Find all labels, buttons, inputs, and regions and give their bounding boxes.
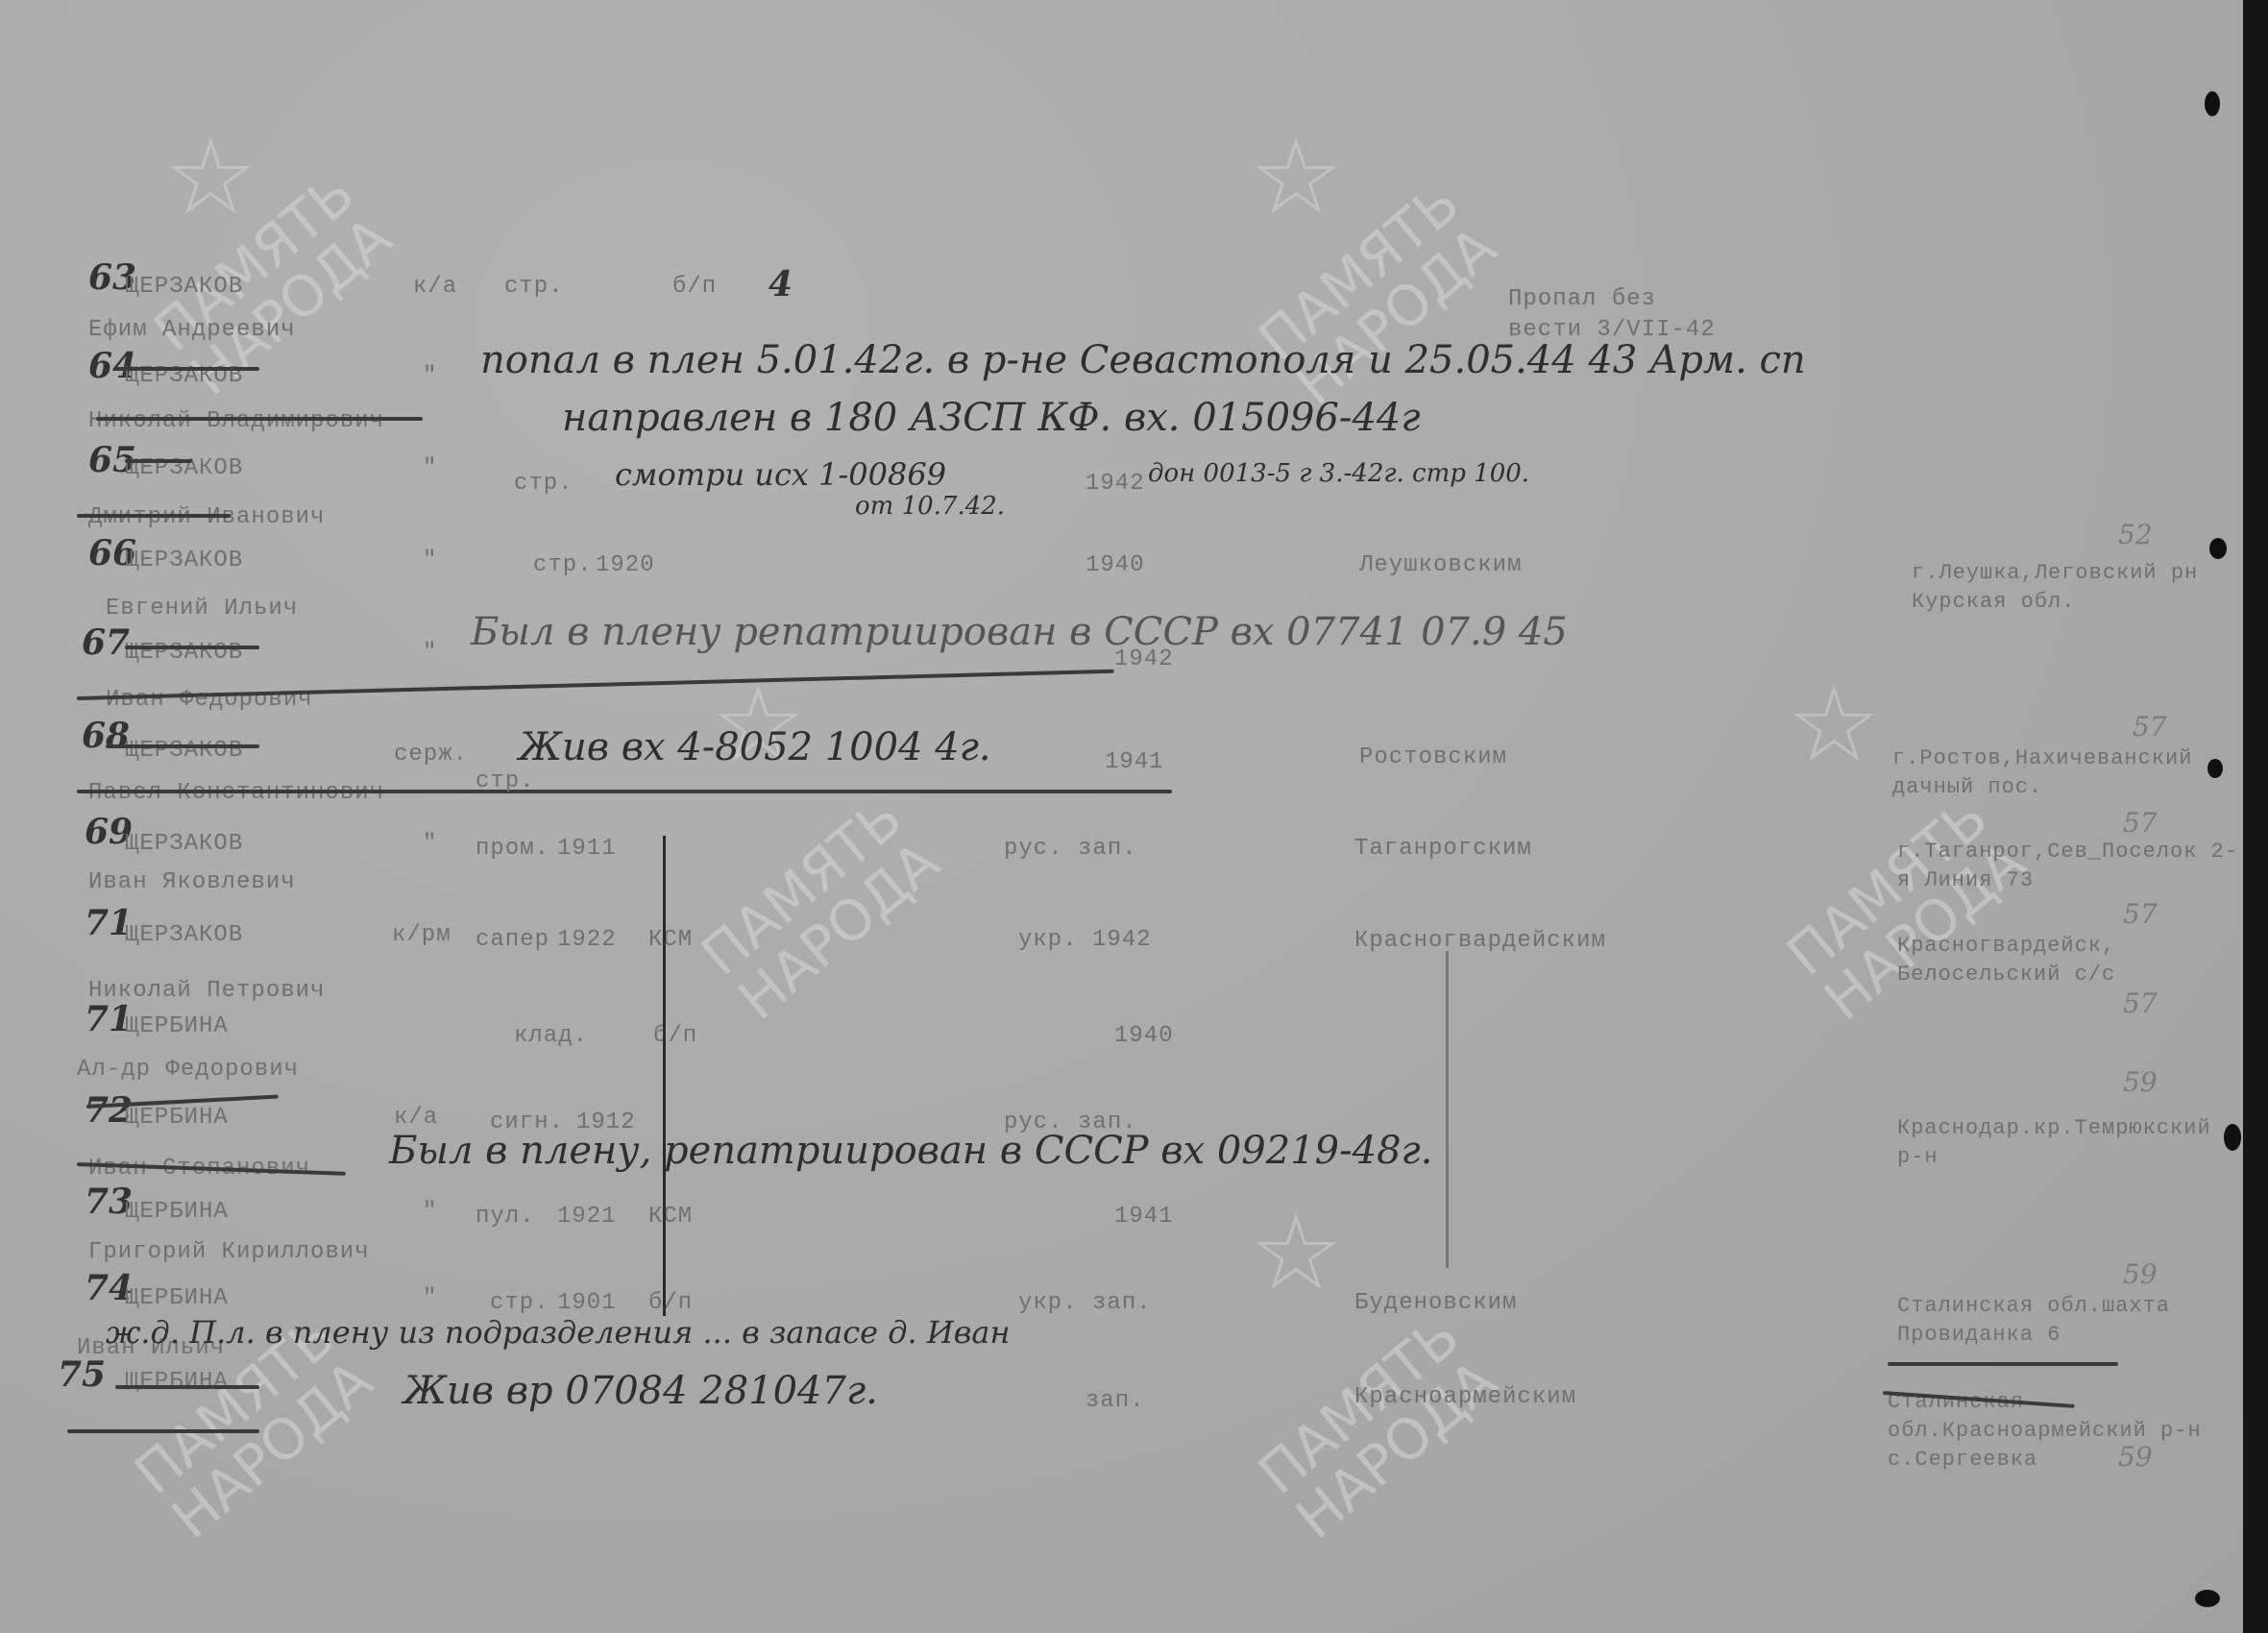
row-surname: ЩЕРЗАКОВ [125,548,243,573]
row-born: 1920 [596,552,655,578]
row-role: стр. [504,274,564,300]
page-number: 59 [2118,1441,2153,1473]
punch-hole [2195,1590,2220,1607]
row-surname: ЩЕРБИНА [125,1105,229,1131]
handwritten-note: ж.д. П.л. в плену из подразделения ... в… [106,1314,1011,1351]
row-year: 1942 [1085,471,1145,497]
row-role: клад. [514,1023,588,1049]
row-address: Сталинская обл.шахта Провиданка 6 [1897,1292,2214,1350]
handwritten-note: Был в плену репатриирован в СССР вх 0774… [471,610,1568,654]
page-number: 59 [2123,1066,2158,1098]
handwritten-note: смотри исх 1-00869 [615,456,946,493]
row-ditto: " [423,1285,437,1311]
row-district: Таганрогским [1354,836,1532,862]
strikethrough [125,459,192,463]
page-number: 57 [2123,807,2158,839]
page-number: 59 [2123,1258,2158,1290]
row-number: 67 [82,622,130,663]
row-rank: к/а [394,1105,438,1131]
strikethrough [106,744,259,748]
row-born: 1922 [557,927,617,953]
row-rank: к/а [413,274,457,300]
pencil-line [1446,951,1449,1268]
row-district: Красноармейским [1354,1383,1499,1412]
row-party: б/п [672,274,717,300]
row-rank: к/рм [392,922,451,948]
row-given-name: Евгений Ильич [106,596,298,622]
strikethrough [77,790,1172,793]
page-number: 57 [2123,898,2158,930]
punch-hole [2205,91,2220,116]
row-year: укр. зап. [1018,1290,1152,1316]
row-year: рус. зап. [1004,836,1137,862]
punch-hole [2209,538,2227,559]
row-role: пул. [476,1204,535,1230]
scan-edge [2243,0,2268,1633]
row-address: г.Леушка,Леговский рн Курская обл. [1912,559,2238,617]
row-surname: ЩЕРЗАКОВ [125,274,243,300]
row-year: укр. 1942 [1018,927,1152,953]
row-number: 75 [58,1354,106,1395]
row-role: стр. [476,768,535,794]
row-role: сапер [476,927,549,953]
strikethrough [77,670,1114,700]
row-role: стр. [533,552,593,578]
row-given-name: Ефим Андреевич [88,317,296,343]
watermark-text: ПАМЯТЬНАРОДА [1249,1306,1506,1548]
punch-hole [2224,1124,2241,1151]
handwritten-note: Жив вр 07084 281047г. [403,1369,878,1413]
row-role: пром. [476,836,549,862]
row-district: Ростовским [1359,744,1507,770]
handwritten-note: направлен в 180 АЗСП КФ. вх. 015096-44г [562,396,1421,440]
page-number: 52 [2118,519,2153,550]
row-mark: 4 [768,264,793,305]
row-surname: ЩЕРБИНА [125,1013,229,1039]
watermark-star-icon: ☆ [1249,115,1344,238]
handwritten-note: Был в плену, репатриирован в СССР вх 092… [389,1129,1432,1173]
row-surname: ЩЕРЗАКОВ [125,922,243,948]
strikethrough [77,514,231,518]
row-surname: ЩЕРБИНА [125,1285,229,1311]
row-party: б/п [648,1290,693,1316]
missing-note-line1: Пропал без [1508,286,1656,312]
page-number: 57 [2133,711,2167,743]
row-year: 1940 [1114,1023,1174,1049]
row-address: Сталинская обл.Красноармейский р-н с.Сер… [1888,1388,2243,1475]
punch-hole [2207,759,2223,778]
row-year: 1941 [1105,749,1164,775]
strikethrough [67,1429,259,1433]
row-ditto: " [423,363,437,389]
row-rank: серж. [394,742,468,768]
row-ditto: " [423,640,437,666]
watermark-star-icon: ☆ [1787,663,1882,786]
row-address: Красногвардейск, Белосельский с/с [1897,932,2243,989]
handwritten-note: Жив вх 4-8052 1004 4г. [519,725,991,769]
row-ditto: " [423,455,437,481]
row-given-name: Ал-др Федорович [77,1057,299,1083]
row-year: 1941 [1114,1204,1174,1230]
strikethrough [115,367,259,371]
row-ditto: " [423,548,437,573]
row-year: 1942 [1114,646,1174,672]
watermark-text: ПАМЯТЬНАРОДА [692,788,949,1030]
document-page: ☆ ПАМЯТЬНАРОДА ☆ ПАМЯТЬНАРОДА ☆ ПАМЯТЬНА… [0,0,2243,1633]
handwritten-note: попал в плен 5.01.42г. в р-не Севастопол… [480,338,1806,382]
row-address: Краснодар.кр.Темрюкский р-н [1897,1114,2243,1172]
row-born: 1901 [557,1290,617,1316]
strikethrough [1888,1362,2118,1366]
row-district: Буденовским [1354,1290,1517,1316]
row-year: 1940 [1085,552,1145,578]
row-surname: ЩЕРБИНА [125,1369,229,1395]
row-party: б/п [653,1023,697,1049]
handwritten-note: от 10.7.42. [855,492,1005,521]
strikethrough [115,1385,259,1389]
row-surname: ЩЕРБИНА [125,1199,229,1225]
row-number: 68 [82,716,130,756]
row-district: Леушковским [1359,552,1522,578]
row-role: стр. [514,471,573,497]
row-surname: ЩЕРЗАКОВ [125,831,243,857]
row-role: стр. [490,1290,549,1316]
row-ditto: " [423,1199,437,1225]
watermark-text: ПАМЯТЬНАРОДА [1777,788,2035,1030]
row-year: зап. [1085,1388,1145,1414]
row-district: Красногвардейским [1354,927,1527,956]
row-given-name: Николай Владимирович [88,408,384,434]
row-address: г.Таганрог,Сев_Поселок 2-я Линия 73 [1897,838,2243,895]
row-party: КСМ [648,1204,693,1230]
row-year: рус. зап. [1004,1109,1137,1135]
watermark-star-icon: ☆ [163,115,258,238]
row-born: 1911 [557,836,617,862]
row-party: КСМ [648,927,693,953]
row-surname: ЩЕРЗАКОВ [125,640,243,666]
strikethrough [125,646,259,649]
row-address: г.Ростов,Нахичеванский дачный пос. [1892,744,2238,802]
page-number: 57 [2123,987,2158,1019]
pencil-line [663,836,666,1316]
watermark-star-icon: ☆ [1249,1191,1344,1314]
handwritten-note: дон 0013-5 г 3.-42г. стр 100. [1148,459,1529,488]
row-given-name: Иван Яковлевич [88,869,296,895]
row-ditto: " [423,831,437,857]
row-given-name: Григорий Кириллович [88,1239,370,1265]
row-surname: ЩЕРЗАКОВ [125,738,243,764]
strikethrough [96,417,423,421]
row-born: 1921 [557,1204,617,1230]
